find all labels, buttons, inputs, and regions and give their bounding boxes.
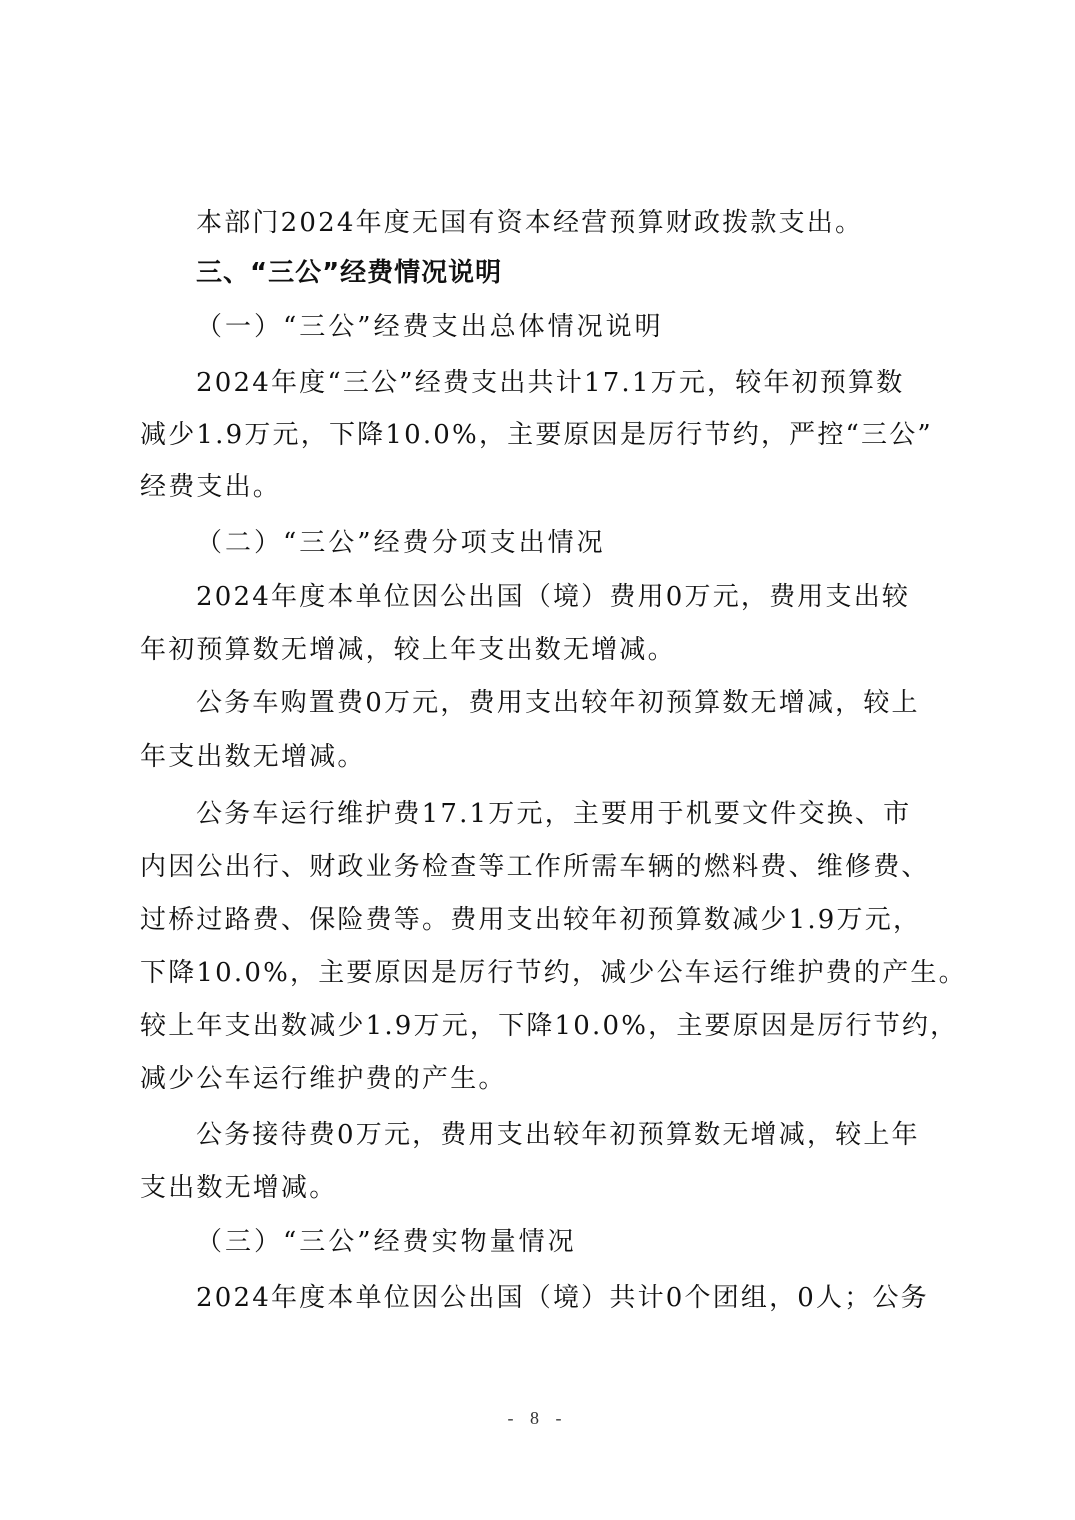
subsection-heading: （二）“三公”经费分项支出情况 <box>196 526 996 560</box>
paragraph-line: 本部门2024年度无国有资本经营预算财政拨款支出。 <box>196 206 996 240</box>
paragraph-line: 2024年度本单位因公出国（境）共计0个团组，0人；公务 <box>196 1281 996 1315</box>
paragraph-line: 2024年度“三公”经费支出共计17.1万元，较年初预算数 <box>196 366 996 400</box>
paragraph-line: 年支出数无增减。 <box>140 740 940 774</box>
paragraph-line: 公务接待费0万元，费用支出较年初预算数无增减，较上年 <box>196 1118 996 1152</box>
paragraph-line: 公务车运行维护费17.1万元，主要用于机要文件交换、市 <box>196 797 996 831</box>
paragraph-line: 年初预算数无增减，较上年支出数无增减。 <box>140 633 940 667</box>
page-number: - 8 - <box>0 1408 1075 1429</box>
paragraph-line: 支出数无增减。 <box>140 1171 940 1205</box>
paragraph-line: 2024年度本单位因公出国（境）费用0万元，费用支出较 <box>196 580 996 614</box>
subsection-heading: （三）“三公”经费实物量情况 <box>196 1225 996 1259</box>
paragraph-line: 内因公出行、财政业务检查等工作所需车辆的燃料费、维修费、 <box>140 850 940 884</box>
subsection-heading: （一）“三公”经费支出总体情况说明 <box>196 310 996 344</box>
document-page: 本部门2024年度无国有资本经营预算财政拨款支出。 三、“三公”经费情况说明 （… <box>0 0 1075 1520</box>
paragraph-line: 减少1.9万元，下降10.0%，主要原因是厉行节约，严控“三公” <box>140 418 940 452</box>
paragraph-line: 经费支出。 <box>140 470 940 504</box>
section-heading: 三、“三公”经费情况说明 <box>196 256 996 290</box>
paragraph-line: 较上年支出数减少1.9万元，下降10.0%，主要原因是厉行节约， <box>140 1009 940 1043</box>
paragraph-line: 公务车购置费0万元，费用支出较年初预算数无增减，较上 <box>196 686 996 720</box>
paragraph-line: 过桥过路费、保险费等。费用支出较年初预算数减少1.9万元， <box>140 903 940 937</box>
paragraph-line: 下降10.0%，主要原因是厉行节约，减少公车运行维护费的产生。 <box>140 956 940 990</box>
paragraph-line: 减少公车运行维护费的产生。 <box>140 1062 940 1096</box>
